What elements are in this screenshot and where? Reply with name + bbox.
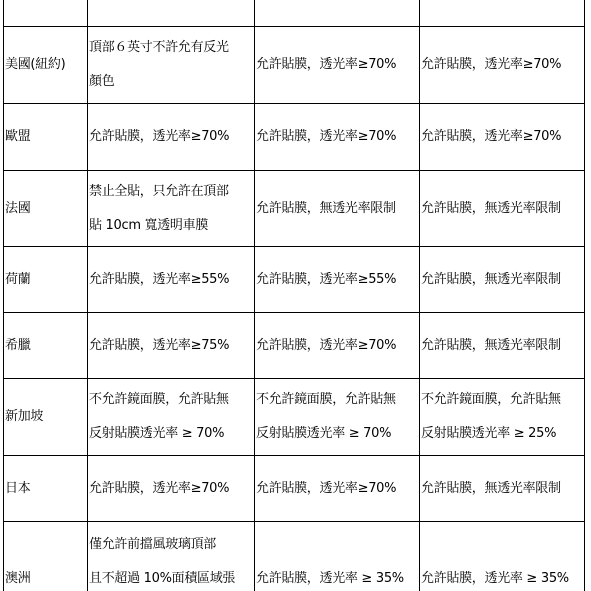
cell-text-line: 貼 10cm 寬透明車膜 [89,209,254,243]
regulation-cell-col2: 不允許鏡面膜，允許貼無反射貼膜透光率 ≥ 70% [255,379,420,456]
regulation-cell-col3: 允許貼膜，透光率≥70% [420,27,585,104]
cell-text-line: 且不超過 10%面積區域張 [89,562,254,591]
table-row: 美國(紐約)頂部６英寸不許允有反光顏色允許貼膜，透光率≥70%允許貼膜，透光率≥… [4,27,585,104]
table-row: 澳洲僅允許前擋風玻璃頂部且不超過 10%面積區域張允許貼膜，透光率 ≥ 35%允… [4,522,585,591]
regulation-cell-col1: 不允許鏡面膜，允許貼無反射貼膜透光率 ≥ 70% [88,379,255,456]
cell-text-line: 允許貼膜，透光率 ≥ 35% [256,562,419,591]
regulation-cell-col1: 允許貼膜，透光率≥55% [88,247,255,313]
regulation-cell-col1: 禁止全貼，只允許在頂部貼 10cm 寬透明車膜 [88,171,255,247]
cell-text-line: 允許貼膜，透光率≥75% [89,329,254,363]
cell-text-line: 允許貼膜，透光率≥70% [421,48,584,82]
cell-text-line: 允許貼膜，透光率≥70% [89,472,254,506]
window-tint-regulations-table: 美國(紐約)頂部６英寸不許允有反光顏色允許貼膜，透光率≥70%允許貼膜，透光率≥… [3,0,585,591]
country-cell: 荷蘭 [4,247,88,313]
cell-text-line: 允許貼膜，透光率≥55% [89,263,254,297]
regulation-cell-col3: 允許貼膜，透光率 ≥ 35% [420,522,585,591]
table-row [4,0,585,27]
regulation-cell-col2: 允許貼膜，透光率≥70% [255,104,420,171]
regulation-cell-col3: 不允許鏡面膜，允許貼無反射貼膜透光率 ≥ 25% [420,379,585,456]
cell-text-line: 反射貼膜透光率 ≥ 70% [89,417,254,451]
regulation-cell-col1: 頂部６英寸不許允有反光顏色 [88,27,255,104]
cell-text-line: 允許貼膜，無透光率限制 [421,329,584,363]
regulation-cell-col3: 允許貼膜，透光率≥70% [420,104,585,171]
cell-text-line: 僅允許前擋風玻璃頂部 [89,528,254,562]
cell-text-line: 不允許鏡面膜，允許貼無 [89,383,254,417]
regulation-cell-col3 [420,0,585,27]
country-cell: 澳洲 [4,522,88,591]
table-row: 法國禁止全貼，只允許在頂部貼 10cm 寬透明車膜允許貼膜，無透光率限制允許貼膜… [4,171,585,247]
regulation-cell-col2: 允許貼膜，無透光率限制 [255,171,420,247]
cell-text-line: 允許貼膜，透光率≥70% [256,329,419,363]
cell-text-line: 反射貼膜透光率 ≥ 70% [256,417,419,451]
country-cell: 希臘 [4,313,88,379]
regulation-cell-col2: 允許貼膜，透光率≥70% [255,456,420,522]
cell-text-line: 不允許鏡面膜，允許貼無 [256,383,419,417]
cell-text-line: 允許貼膜，透光率≥55% [256,263,419,297]
regulation-cell-col3: 允許貼膜，無透光率限制 [420,456,585,522]
country-cell: 法國 [4,171,88,247]
regulation-cell-col2: 允許貼膜，透光率≥70% [255,313,420,379]
cell-text-line: 允許貼膜，透光率≥70% [256,48,419,82]
regulation-cell-col1: 允許貼膜，透光率≥70% [88,104,255,171]
table-row: 希臘允許貼膜，透光率≥75%允許貼膜，透光率≥70%允許貼膜，無透光率限制 [4,313,585,379]
cell-text-line: 允許貼膜，無透光率限制 [256,192,419,226]
table-row: 日本允許貼膜，透光率≥70%允許貼膜，透光率≥70%允許貼膜，無透光率限制 [4,456,585,522]
cell-text-line: 顏色 [89,65,254,99]
cell-text-line: 允許貼膜，透光率 ≥ 35% [421,562,584,591]
cell-text-line: 頂部６英寸不許允有反光 [89,31,254,65]
cell-text-line: 允許貼膜，透光率≥70% [421,120,584,154]
regulation-cell-col2: 允許貼膜，透光率≥55% [255,247,420,313]
regulation-cell-col1 [88,0,255,27]
cell-text-line: 允許貼膜，透光率≥70% [256,472,419,506]
regulation-cell-col3: 允許貼膜，無透光率限制 [420,171,585,247]
regulation-cell-col3: 允許貼膜，無透光率限制 [420,247,585,313]
regulation-cell-col1: 允許貼膜，透光率≥75% [88,313,255,379]
cell-text-line: 允許貼膜，透光率≥70% [256,120,419,154]
table-row: 新加坡不允許鏡面膜，允許貼無反射貼膜透光率 ≥ 70%不允許鏡面膜，允許貼無反射… [4,379,585,456]
cell-text-line: 允許貼膜，無透光率限制 [421,192,584,226]
country-cell [4,0,88,27]
regulation-cell-col3: 允許貼膜，無透光率限制 [420,313,585,379]
country-cell: 日本 [4,456,88,522]
cell-text-line: 允許貼膜，無透光率限制 [421,472,584,506]
cell-text-line: 不允許鏡面膜，允許貼無 [421,383,584,417]
cell-text-line: 允許貼膜，透光率≥70% [89,120,254,154]
regulation-cell-col1: 僅允許前擋風玻璃頂部且不超過 10%面積區域張 [88,522,255,591]
country-cell: 歐盟 [4,104,88,171]
regulation-cell-col2 [255,0,420,27]
country-cell: 美國(紐約) [4,27,88,104]
table-row: 荷蘭允許貼膜，透光率≥55%允許貼膜，透光率≥55%允許貼膜，無透光率限制 [4,247,585,313]
table-row: 歐盟允許貼膜，透光率≥70%允許貼膜，透光率≥70%允許貼膜，透光率≥70% [4,104,585,171]
regulation-cell-col2: 允許貼膜，透光率 ≥ 35% [255,522,420,591]
country-cell: 新加坡 [4,379,88,456]
regulation-cell-col2: 允許貼膜，透光率≥70% [255,27,420,104]
cell-text-line: 反射貼膜透光率 ≥ 25% [421,417,584,451]
regulation-cell-col1: 允許貼膜，透光率≥70% [88,456,255,522]
cell-text-line: 允許貼膜，無透光率限制 [421,263,584,297]
cell-text-line: 禁止全貼，只允許在頂部 [89,175,254,209]
